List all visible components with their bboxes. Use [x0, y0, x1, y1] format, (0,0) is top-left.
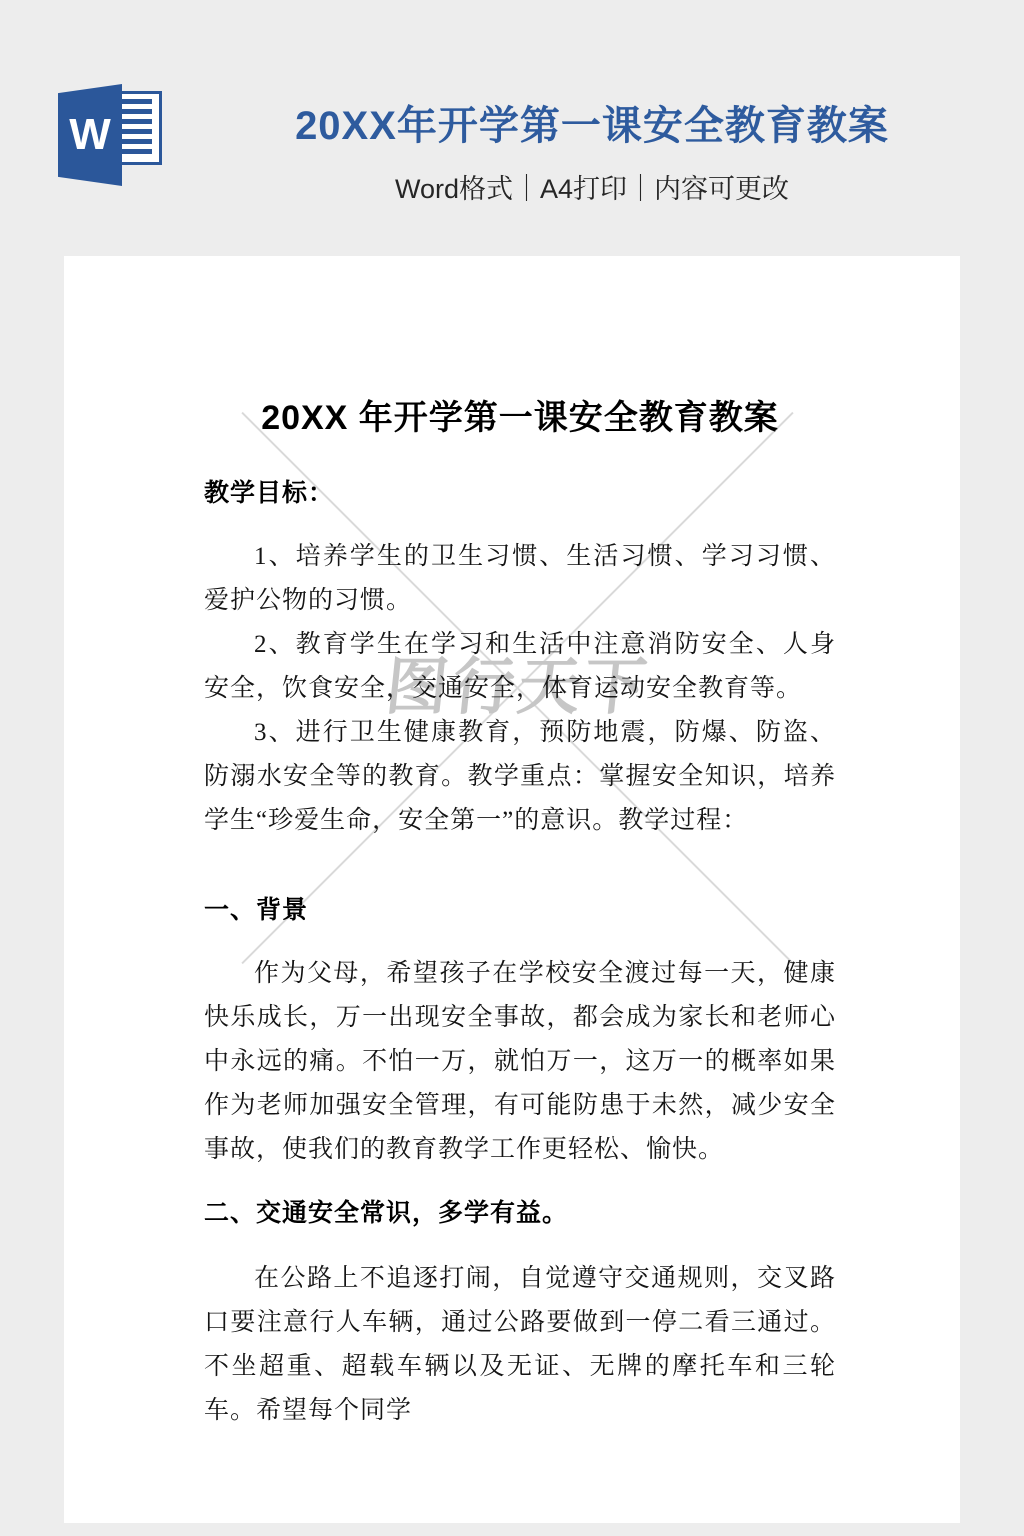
- word-icon: W: [58, 84, 170, 186]
- document-page: 图行天下 20XX 年开学第一课安全教育教案 教学目标： 1、培养学生的卫生习惯…: [64, 256, 960, 1523]
- word-icon-letter: W: [69, 113, 111, 157]
- paragraph-background: 作为父母，希望孩子在学校安全渡过每一天，健康快乐成长，万一出现安全事故，都会成为…: [204, 952, 836, 1172]
- paragraph-goal-1: 1、培养学生的卫生习惯、生活习惯、学习习惯、爱护公物的习惯。: [204, 535, 836, 623]
- template-subtitle: Word格式｜A4打印｜内容可更改: [170, 167, 1014, 206]
- word-icon-sheet-lines: [120, 99, 152, 157]
- header-text: 20XX年开学第一课安全教育教案 Word格式｜A4打印｜内容可更改: [170, 0, 1014, 206]
- section-heading-background: 一、背景: [204, 889, 836, 933]
- paragraph-traffic-safety: 在公路上不追逐打闹，自觉遵守交通规则，交叉路口要注意行人车辆，通过公路要做到一停…: [204, 1257, 836, 1433]
- section-heading-goals: 教学目标：: [204, 472, 836, 516]
- template-header: W 20XX年开学第一课安全教育教案 Word格式｜A4打印｜内容可更改: [0, 0, 1024, 256]
- section-heading-traffic-safety: 二、交通安全常识，多学有益。: [204, 1192, 836, 1236]
- page-background: { "header": { "icon_letter": "W", "title…: [0, 0, 1024, 1536]
- document-title: 20XX 年开学第一课安全教育教案: [204, 395, 836, 441]
- document-content: 20XX 年开学第一课安全教育教案 教学目标： 1、培养学生的卫生习惯、生活习惯…: [64, 256, 960, 1523]
- paragraph-goal-2: 2、教育学生在学习和生活中注意消防安全、人身安全，饮食安全，交通安全，体育运动安…: [204, 623, 836, 711]
- template-title: 20XX年开学第一课安全教育教案: [170, 94, 1014, 151]
- paragraph-goal-3: 3、进行卫生健康教育，预防地震，防爆、防盗、防溺水安全等的教育。教学重点：掌握安…: [204, 711, 836, 843]
- word-icon-panel: W: [58, 84, 122, 186]
